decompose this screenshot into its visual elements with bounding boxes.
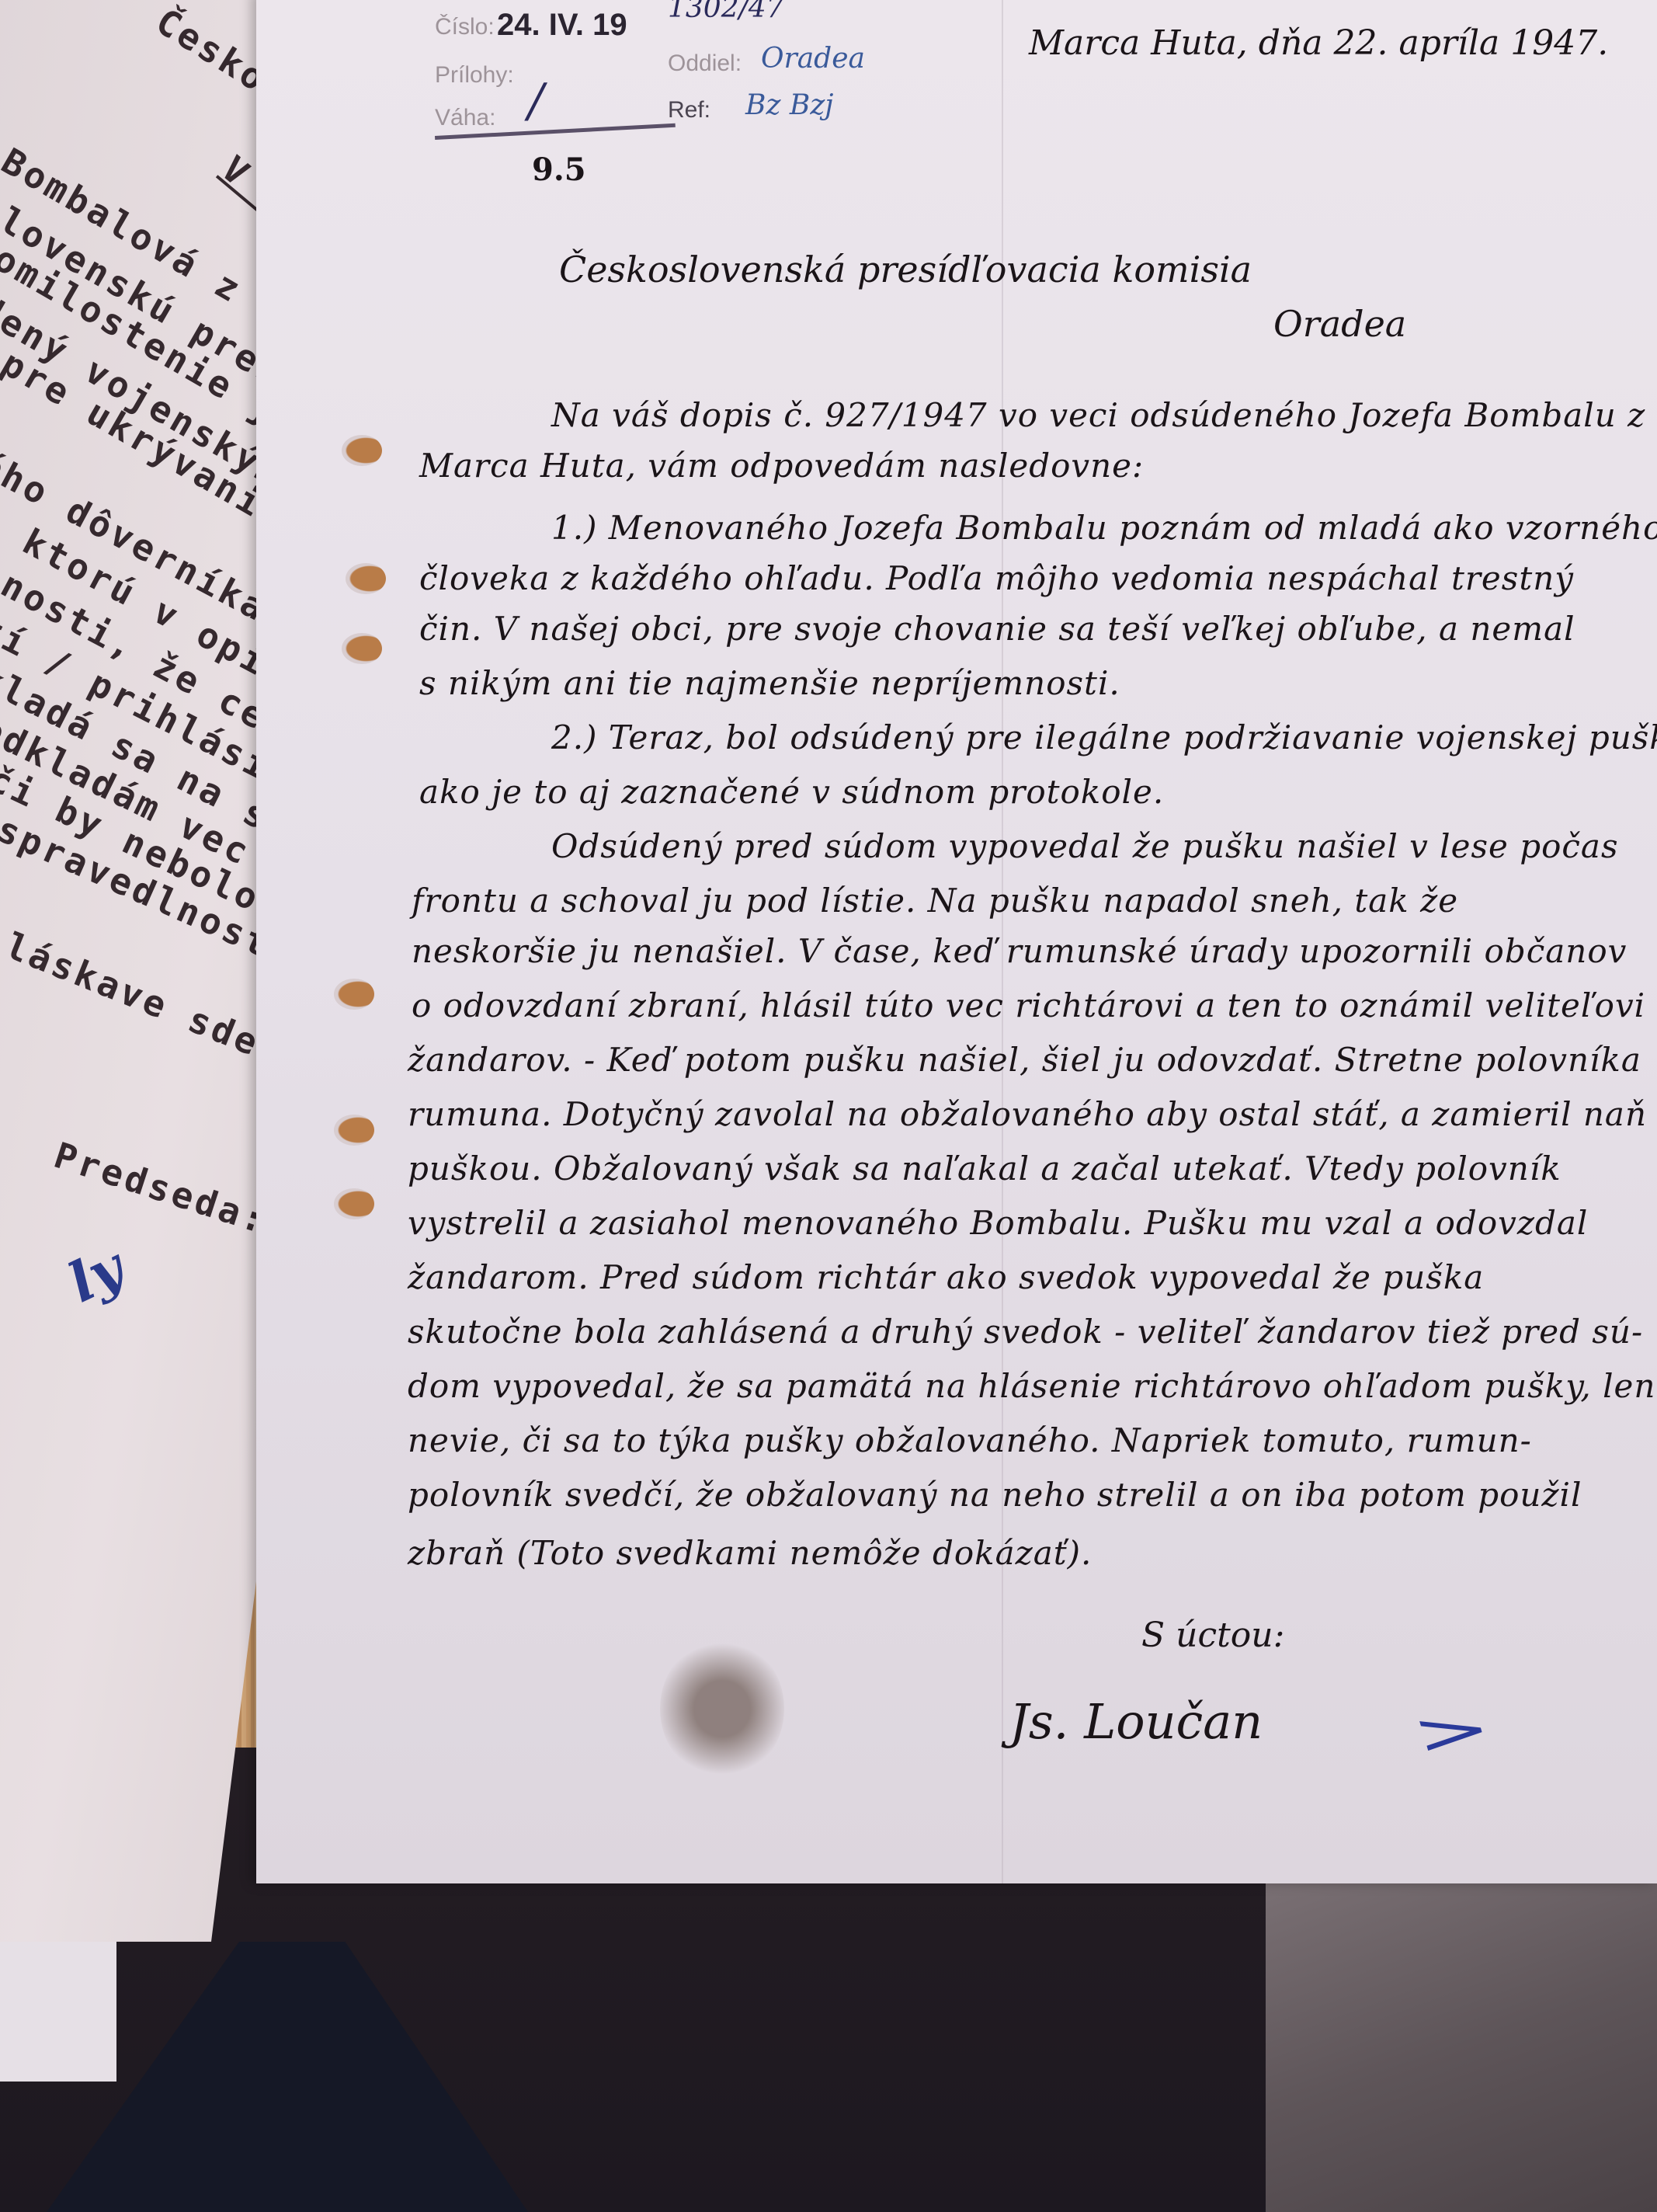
letter-line: neskoršie ju nenašiel. V čase, keď rumun… — [412, 932, 1627, 970]
stamp-enclosures-label: Prílohy: — [435, 62, 514, 89]
recipient-city: Oradea — [1273, 303, 1406, 345]
stamp-weight-label: Váha: — [435, 105, 495, 131]
punch-hole — [342, 435, 382, 466]
stamp-ref-label: Ref: — [668, 97, 710, 123]
typed-signature-label: Predseda: — [49, 1134, 273, 1243]
punch-hole — [334, 979, 374, 1010]
letter-line: zbraň (Toto svedkami nemôže dokázať). — [408, 1534, 1092, 1572]
recipient-name: Československá presídľovacia komisia — [559, 249, 1252, 290]
stamp-ref-value: Bz Bzj — [745, 89, 833, 121]
blue-check-mark: > — [1405, 1696, 1500, 1768]
punch-hole — [334, 1115, 374, 1146]
registry-stamp: Číslo: 24. IV. 19 1302/47 Prílohy: / Váh… — [435, 0, 916, 148]
letter-line: 2.) Teraz, bol odsúdený pre ilegálne pod… — [551, 718, 1657, 756]
stamp-department-label: Oddiel: — [668, 50, 742, 77]
punch-hole — [342, 633, 382, 664]
file-mark: 9.5 — [532, 151, 586, 188]
letter-line: s nikým ani tie najmenšie nepríjemnosti. — [419, 664, 1120, 702]
letter-line: žandarom. Pred súdom richtár ako svedok … — [408, 1258, 1484, 1296]
stamp-date: 24. IV. 19 — [497, 8, 627, 43]
stamp-department-value: Oradea — [761, 43, 865, 75]
ink-stain — [660, 1639, 784, 1779]
background-fabric — [1266, 1880, 1657, 2212]
place-and-date: Marca Huta, dňa 22. apríla 1947. — [1029, 23, 1608, 63]
letter-line: ako je to aj zaznačené v súdnom protokol… — [419, 773, 1164, 811]
letter-line: o odovzdaní zbraní, hlásil túto vec rich… — [412, 986, 1645, 1024]
letter-line: puškou. Obžalovaný však sa naľakal a zač… — [408, 1149, 1561, 1188]
letter-line: nevie, či sa to týka pušky obžalovaného.… — [408, 1421, 1532, 1459]
punch-hole — [346, 563, 386, 594]
letter-line: polovník svedčí, že obžalovaný na neho s… — [408, 1476, 1582, 1514]
letter-line: Na váš dopis č. 927/1947 vo veci odsúden… — [551, 396, 1645, 434]
letter-line: žandarov. - Keď potom pušku našiel, šiel… — [408, 1041, 1641, 1079]
letter-line: 1.) Menovaného Jozefa Bombalu poznám od … — [551, 509, 1657, 547]
author-signature: Js. Loučan — [1009, 1693, 1263, 1750]
letter-line: dom vypovedal, že sa pamätá na hlásenie … — [408, 1367, 1655, 1405]
letter-line: Marca Huta, vám odpovedám nasledovne: — [419, 447, 1144, 485]
letter-line: vystrelil a zasiahol menovaného Bombalu.… — [408, 1204, 1588, 1242]
letter-line: frontu a schoval ju pod lístie. Na pušku… — [412, 882, 1458, 920]
stamp-number-label: Číslo: — [435, 14, 495, 40]
letter-line: rumuna. Dotyčný zavolal na obžalovaného … — [408, 1095, 1647, 1133]
handwritten-letter-page: Číslo: 24. IV. 19 1302/47 Prílohy: / Váh… — [256, 0, 1657, 1883]
stamp-registry-number: 1302/47 — [668, 0, 784, 24]
closing-salutation: S úctou: — [1141, 1616, 1284, 1655]
letter-line: čin. V našej obci, pre svoje chovanie sa… — [419, 610, 1575, 648]
stamp-enclosures-value: / — [528, 74, 544, 128]
letter-line: Odsúdený pred súdom vypovedal že pušku n… — [551, 827, 1619, 865]
letter-line: človeka z každého ohľadu. Podľa môjho ve… — [419, 559, 1574, 597]
punch-hole — [334, 1188, 374, 1219]
left-page-signature: ly — [59, 1235, 134, 1316]
letter-line: skutočne bola zahlásená a druhý svedok -… — [408, 1313, 1643, 1351]
